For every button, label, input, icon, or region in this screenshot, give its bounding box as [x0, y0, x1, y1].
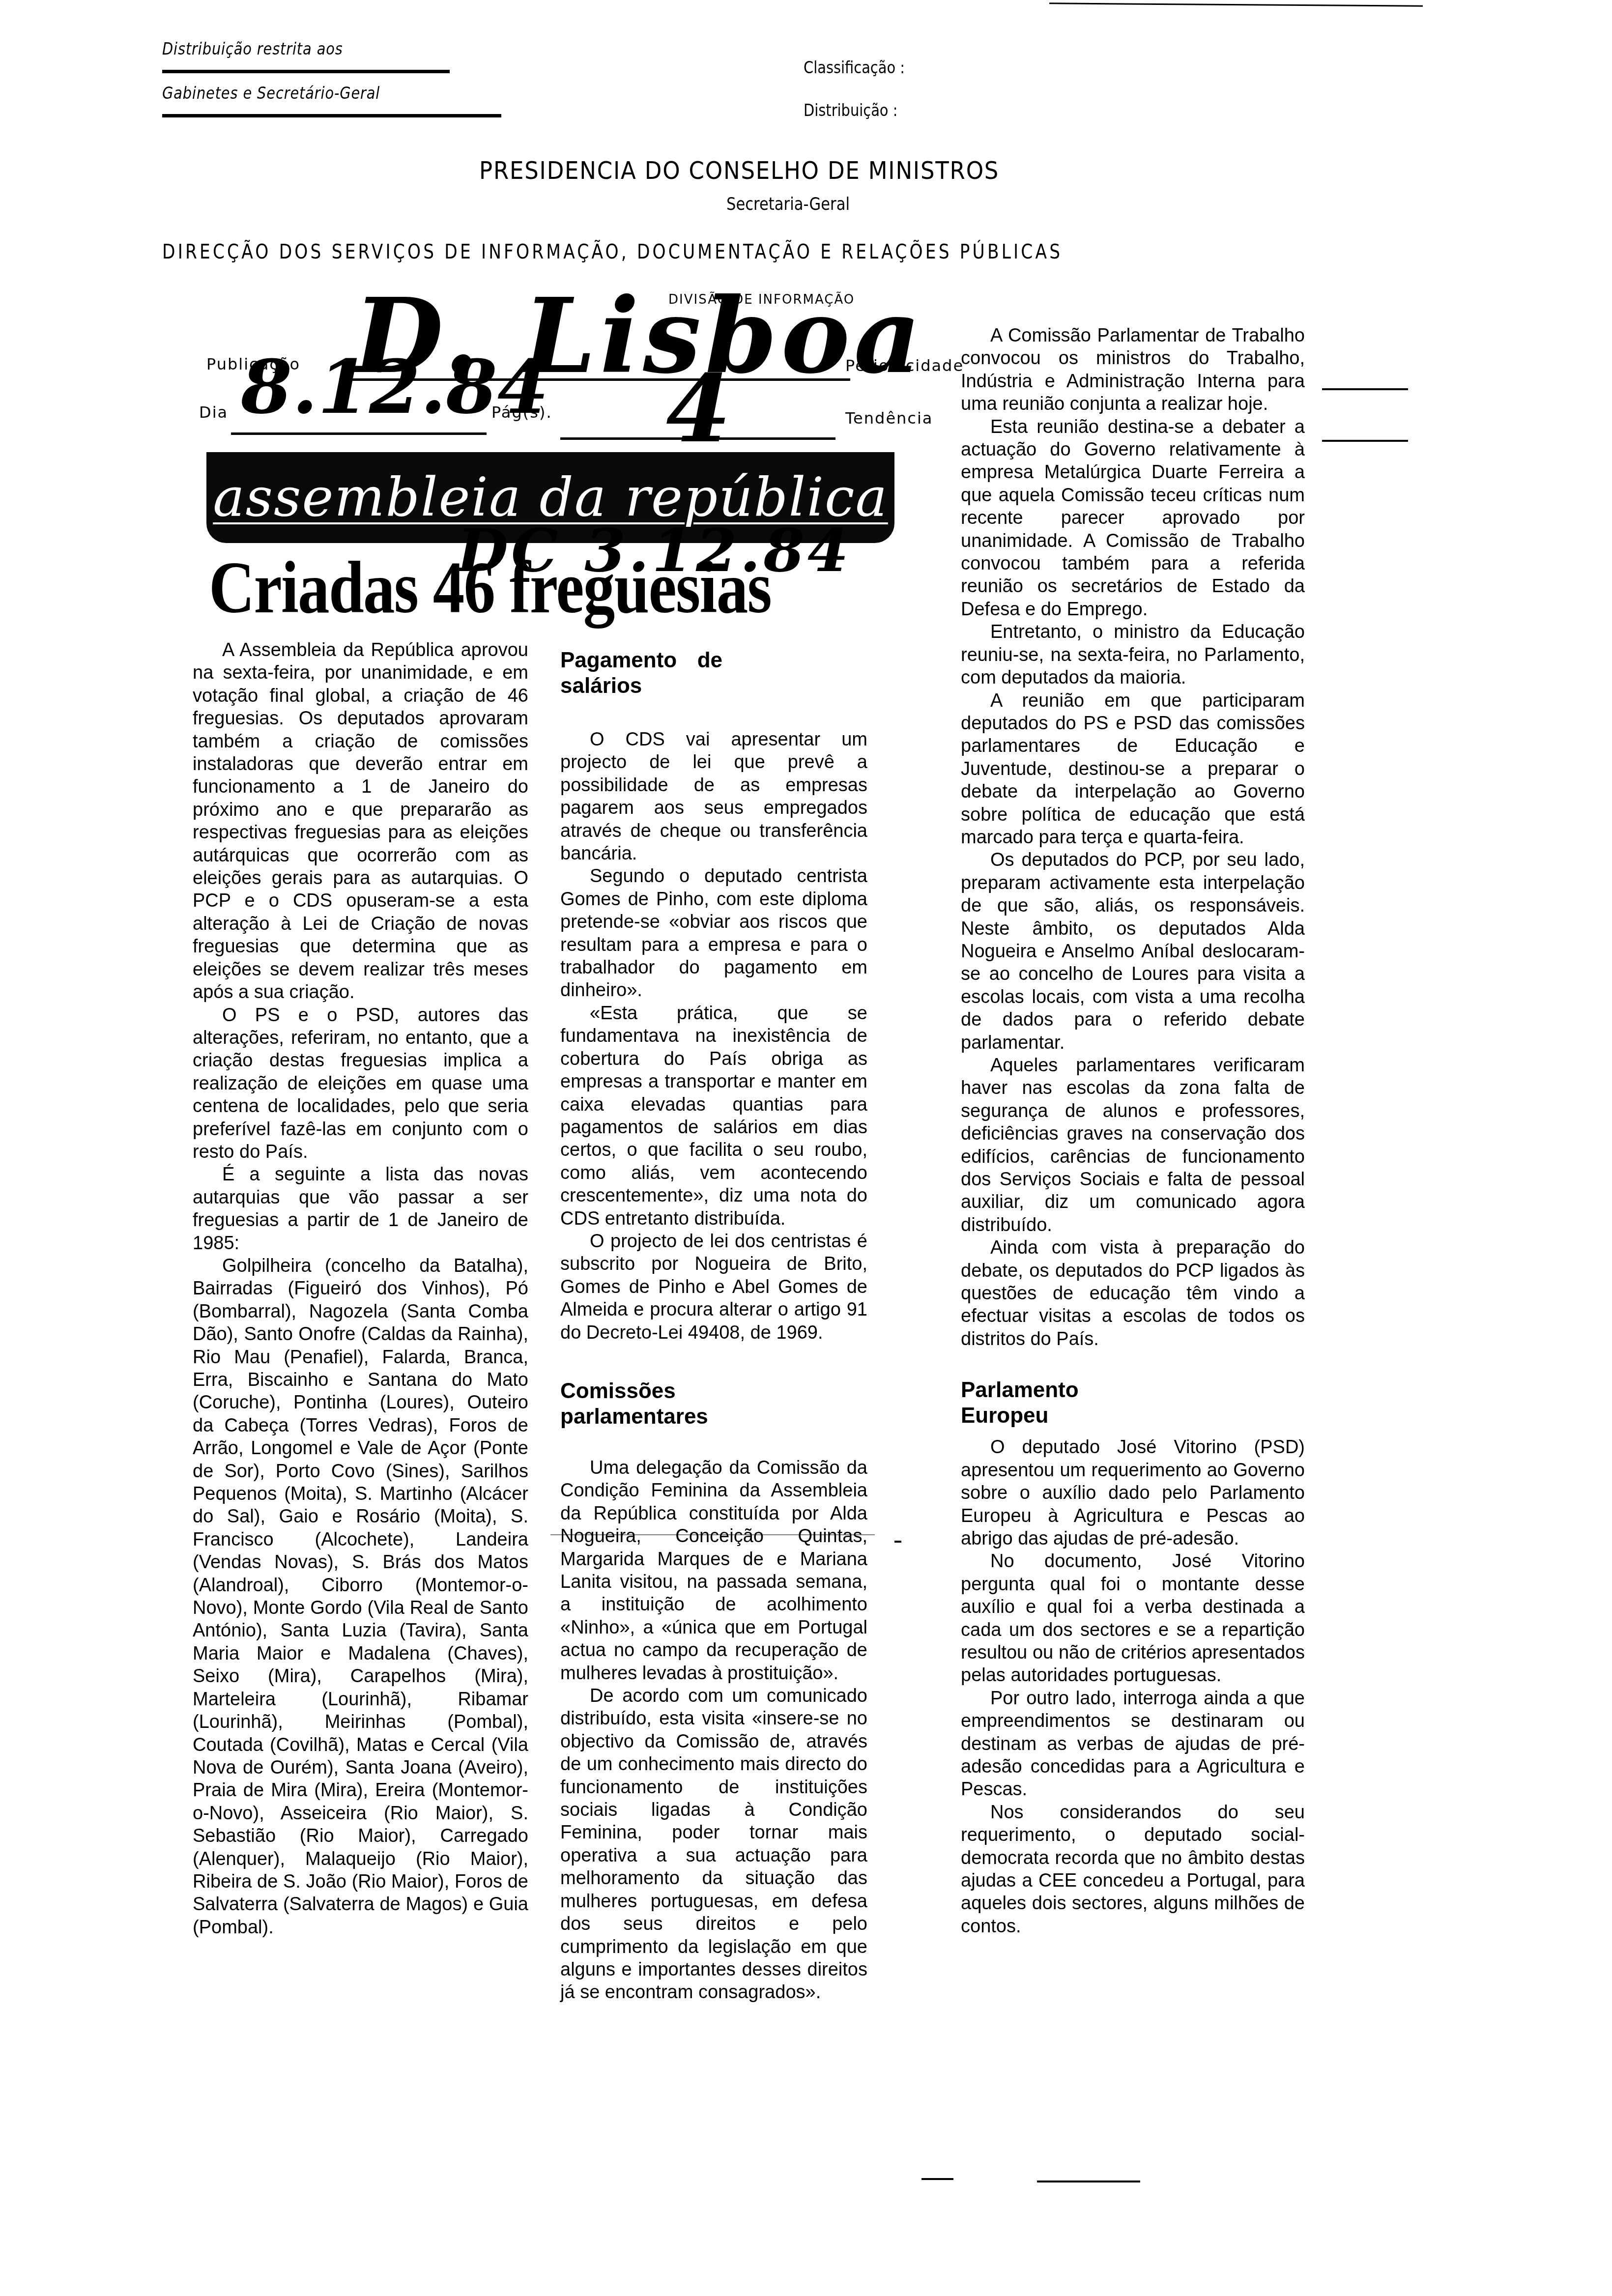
dia-line	[231, 432, 487, 435]
distribution-restriction-line2: Gabinetes e Secretário-Geral	[162, 84, 380, 103]
paragraph: O deputado José Vitorino (PSD) apresento…	[961, 1436, 1305, 1550]
pags-handwritten-value: 4	[666, 354, 731, 463]
column-right: A Comissão Parlamentar de Trabalho convo…	[961, 324, 1305, 1938]
paragraph: No documento, José Vitorino pergunta qua…	[961, 1550, 1305, 1687]
tendencia-label: Tendência	[845, 409, 933, 428]
distribution-underline-1	[162, 70, 450, 73]
column-left: A Assembleia da República aprovou na sex…	[193, 639, 528, 1939]
paragraph: Ainda com vista à preparação do debate, …	[961, 1236, 1305, 1350]
bottom-rule-left	[921, 2178, 953, 2180]
article-headline: Criadas 46 freguesias	[209, 545, 771, 630]
margin-rule-1	[1322, 388, 1408, 390]
paragraph: Os deputados do PCP, por seu lado, prepa…	[961, 849, 1305, 1054]
subheading-pagamento: Pagamento de salários	[560, 648, 722, 699]
scan-edge-rule	[1049, 2, 1423, 6]
periodicidade-label: Periodicidade	[845, 356, 964, 375]
paragraph: De acordo com um comunicado distribuído,…	[560, 1685, 867, 2004]
paragraph: Aqueles parlamentares verificaram haver …	[961, 1054, 1305, 1236]
fold-mark	[550, 1534, 875, 1535]
paragraph: Uma delegação da Comissão da Condição Fe…	[560, 1457, 867, 1685]
paragraph: É a seguinte a lista das novas autarquia…	[193, 1163, 528, 1255]
pags-label: Pág(s).	[491, 403, 552, 422]
paragraph: «Esta prática, que se fundamentava na in…	[560, 1002, 867, 1230]
paragraph: Por outro lado, interroga ainda a que em…	[961, 1687, 1305, 1801]
directorate-title: DIRECÇÃO DOS SERVIÇOS DE INFORMAÇÃO, DOC…	[162, 241, 1063, 263]
fold-mark-tick	[894, 1541, 901, 1543]
paragraph: O projecto de lei dos centristas é subsc…	[560, 1230, 867, 1344]
paragraph: Golpilheira (concelho da Batalha), Bairr…	[193, 1255, 528, 1939]
paragraph: O PS e o PSD, autores das alterações, re…	[193, 1004, 528, 1164]
subheading-parlamento-europeu: Parlamento Europeu	[961, 1378, 1108, 1429]
pags-line	[560, 437, 835, 440]
paragraph: A Assembleia da República aprovou na sex…	[193, 639, 528, 1004]
institution-title: PRESIDENCIA DO CONSELHO DE MINISTROS	[479, 156, 999, 185]
column-middle: Pagamento de salários O CDS vai apresent…	[560, 648, 867, 2004]
paragraph: A Comissão Parlamentar de Trabalho convo…	[961, 324, 1305, 416]
paragraph: Segundo o deputado centrista Gomes de Pi…	[560, 865, 867, 1002]
paragraph: Esta reunião destina-se a debater a actu…	[961, 416, 1305, 621]
subheading-comissoes: Comissões parlamentares	[560, 1378, 737, 1430]
paragraph: Entretanto, o ministro da Educação reuni…	[961, 621, 1305, 689]
paragraph: A reunião em que participaram deputados …	[961, 689, 1305, 849]
dia-label: Dia	[199, 403, 228, 422]
paragraph: O CDS vai apresentar um projecto de lei …	[560, 728, 867, 865]
distribuicao-label: Distribuição :	[804, 101, 897, 120]
paragraph: Nos considerandos do seu requerimento, o…	[961, 1801, 1305, 1938]
margin-rule-2	[1322, 440, 1408, 442]
classificacao-label: Classificação :	[804, 58, 905, 78]
distribution-restriction-line1: Distribuição restrita aos	[162, 39, 343, 59]
distribution-underline-2	[162, 114, 501, 117]
bottom-rule-right	[1037, 2181, 1140, 2182]
department-subtitle: Secretaria-Geral	[726, 194, 850, 214]
